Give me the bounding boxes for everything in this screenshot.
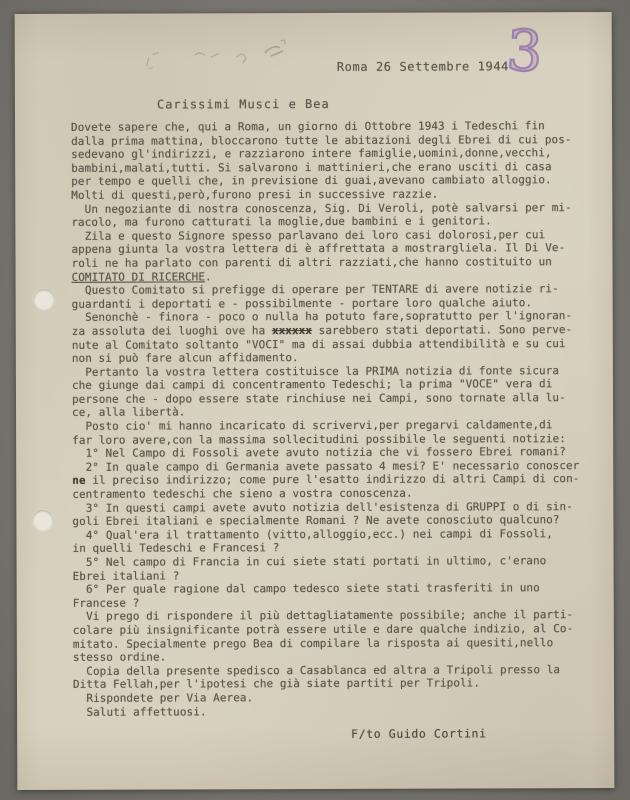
letter-paper: 3 Roma 26 Settembre 1944 Carissimi Musci… (15, 12, 615, 790)
letter-line: Copia della presente spedisco a Casablan… (73, 663, 580, 678)
punch-hole-top (34, 289, 55, 310)
letter-body: Dovete sapere che, qui a Roma, un giorno… (71, 119, 580, 719)
scan-background: 3 Roma 26 Settembre 1944 Carissimi Musci… (0, 0, 630, 800)
date-line: Roma 26 Settembre 1944 (337, 59, 509, 74)
signature: F/to Guido Cortini (351, 726, 486, 740)
salutation: Carissimi Musci e Bea (157, 97, 330, 112)
letter-line: 5° Nel campo di Francia in cui siete sta… (73, 554, 580, 569)
letter-line: ne il preciso indirizzo; come pure l'esa… (72, 473, 579, 488)
letter-line: Saluti affettuosi. (73, 704, 580, 719)
letter-line: Un negoziante di nostra conoscenza, Sig.… (71, 201, 578, 216)
letter-line: nute al Comitato soltanto "VOCI" ma di a… (72, 337, 579, 352)
letter-line: per tempo e quelli che, in previsione di… (71, 173, 578, 188)
letter-line: 4° Qual'era il trattamento (vitto,allogg… (72, 527, 579, 542)
letter-line: mitato. Specialmente prego Bea di compil… (73, 636, 580, 651)
archival-stamp-numeral: 3 (505, 21, 544, 83)
letter-line: roli ne ha parlato con parenti di altri … (71, 255, 578, 270)
letter-line: persone che - dopo essere state rinchius… (72, 391, 579, 406)
letter-line: 6° Per quale ragione dal campo tedesco s… (73, 581, 580, 596)
punch-hole-bottom (32, 510, 53, 531)
pencil-marks (133, 27, 308, 88)
